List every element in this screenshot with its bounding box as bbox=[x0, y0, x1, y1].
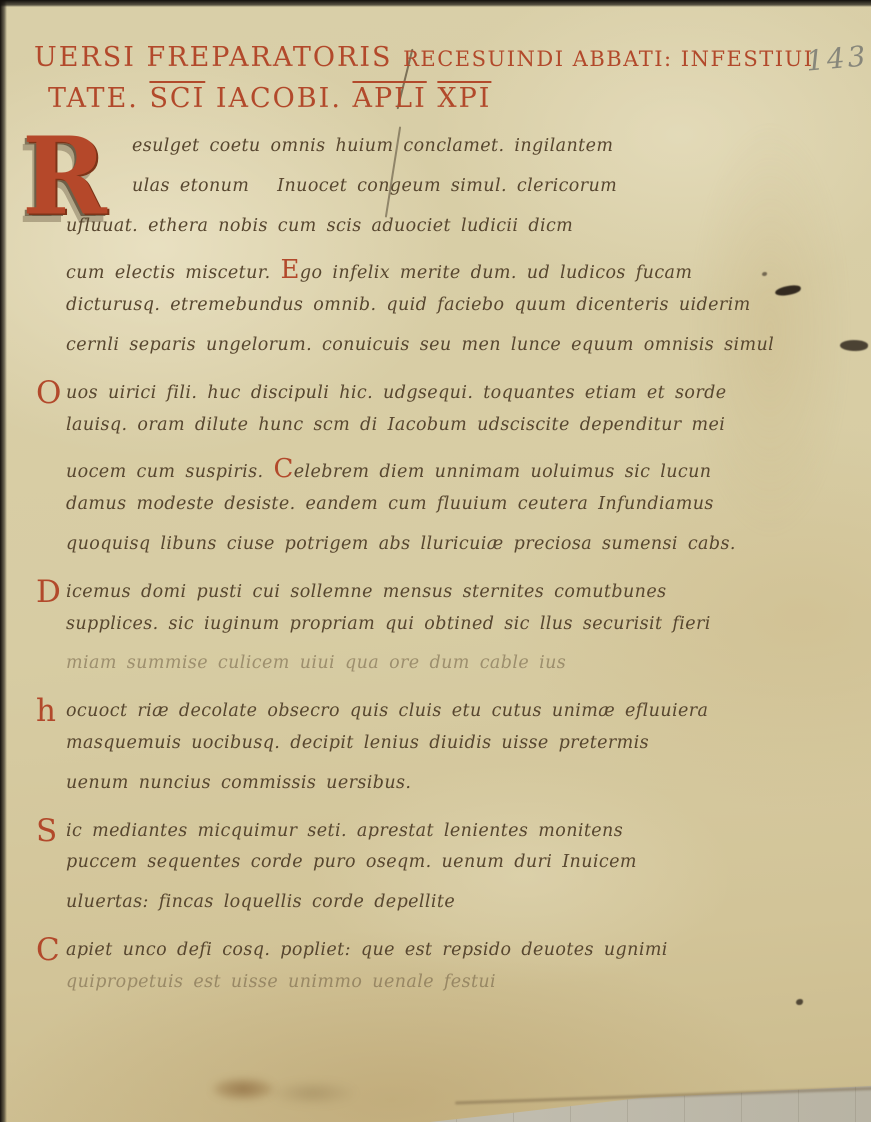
manuscript-line: lauisq. oram dilute hunc scm di Iacobum … bbox=[36, 415, 866, 455]
manuscript-text: apiet unco defi cosq. popliet: que est r… bbox=[66, 940, 668, 960]
manuscript-text: uos uirici fili. huc discipuli hic. udgs… bbox=[66, 383, 727, 403]
manuscript-line: dicturusq. etremebundus omnib. quid faci… bbox=[36, 295, 866, 335]
manuscript-text: quipropetuis est uisse unimmo uenale fes… bbox=[66, 972, 496, 992]
manuscript-text: icemus domi pusti cui sollemne mensus st… bbox=[66, 582, 666, 602]
manuscript-text: quoquisq libuns ciuse potrigem abs lluri… bbox=[66, 534, 736, 554]
rubric-line: TATE. SCI IACOBI. APLI XPI bbox=[34, 83, 814, 130]
manuscript-text: dicturusq. etremebundus omnib. quid faci… bbox=[66, 295, 751, 315]
rubric-text bbox=[427, 83, 438, 114]
manuscript-text: ulas etonum Inuocet congeum simul. cleri… bbox=[132, 176, 617, 196]
manuscript-text: uenum nuncius commissis uersibus. bbox=[66, 773, 411, 793]
manuscript-text: ocuoct riæ decolate obsecro quis cluis e… bbox=[66, 701, 708, 721]
rubric-text: INFESTIUI bbox=[681, 47, 814, 71]
manuscript-text: damus modeste desiste. eandem cum fluuiu… bbox=[66, 494, 714, 514]
manuscript-line: miam summise culicem uiui qua ore dum ca… bbox=[36, 653, 866, 693]
manuscript-text: esulget coetu omnis huium conclamet. ing… bbox=[132, 136, 613, 156]
manuscript-page: 143 UERSI FREPARATORIS RECESUINDI ABBATI… bbox=[0, 0, 871, 1122]
manuscript-line: ulas etonum Inuocet congeum simul. cleri… bbox=[36, 176, 866, 216]
rubric-text: XPI bbox=[437, 83, 491, 114]
manuscript-line: Dicemus domi pusti cui sollemne mensus s… bbox=[36, 574, 866, 614]
manuscript-text: miam summise culicem uiui qua ore dum ca… bbox=[66, 653, 566, 673]
red-initial-letter: h bbox=[36, 693, 66, 729]
rubric-text: UERSI FREPARATORIS bbox=[34, 42, 403, 73]
manuscript-line: ufluuat. ethera nobis cum scis aduociet … bbox=[36, 216, 866, 256]
red-initial-letter: C bbox=[36, 932, 66, 968]
manuscript-text: supplices. sic iuginum propriam qui obti… bbox=[66, 614, 711, 634]
brown-stain bbox=[212, 1078, 274, 1100]
manuscript-text: puccem sequentes corde puro oseqm. uenum… bbox=[66, 852, 637, 872]
red-initial-letter: O bbox=[36, 375, 66, 411]
rubric-line: UERSI FREPARATORIS RECESUINDI ABBATI: IN… bbox=[34, 42, 814, 89]
manuscript-line: quoquisq libuns ciuse potrigem abs lluri… bbox=[36, 534, 866, 574]
rubric-text: APLI bbox=[352, 83, 426, 114]
rubric-text: TATE. bbox=[48, 83, 149, 114]
manuscript-text: cum electis miscetur. bbox=[66, 263, 281, 283]
manuscript-line: hocuoct riæ decolate obsecro quis cluis … bbox=[36, 693, 866, 733]
manuscript-text: ic mediantes micquimur seti. aprestat le… bbox=[66, 821, 623, 841]
manuscript-line: cum electis miscetur. Ego infelix merite… bbox=[36, 255, 866, 295]
red-initial-letter: C bbox=[273, 454, 293, 484]
manuscript-text: go infelix merite dum. ud ludicos fucam bbox=[300, 263, 692, 283]
red-initial-letter: E bbox=[281, 255, 300, 285]
manuscript-line: uenum nuncius commissis uersibus. bbox=[36, 773, 866, 813]
text-block: esulget coetu omnis huium conclamet. ing… bbox=[36, 136, 866, 1012]
rubric-text: RECESUINDI ABBATI: bbox=[403, 47, 681, 71]
manuscript-line: damus modeste desiste. eandem cum fluuiu… bbox=[36, 494, 866, 534]
left-edge bbox=[0, 0, 7, 1122]
red-initial-letter: S bbox=[36, 813, 66, 849]
manuscript-line: Ouos uirici fili. huc discipuli hic. udg… bbox=[36, 375, 866, 415]
rubric-text: IACOBI. bbox=[205, 83, 352, 114]
manuscript-line: puccem sequentes corde puro oseqm. uenum… bbox=[36, 852, 866, 892]
manuscript-line: uluertas: fincas loquellis corde depelli… bbox=[36, 892, 866, 932]
rubric: UERSI FREPARATORIS RECESUINDI ABBATI: IN… bbox=[34, 42, 814, 130]
manuscript-text: elebrem diem unnimam uoluimus sic lucun bbox=[294, 462, 712, 482]
manuscript-text: uocem cum suspiris. bbox=[66, 462, 273, 482]
manuscript-line: quipropetuis est uisse unimmo uenale fes… bbox=[36, 972, 866, 1012]
manuscript-text: cernli separis ungelorum. conuicuis seu … bbox=[66, 335, 774, 355]
manuscript-line: esulget coetu omnis huium conclamet. ing… bbox=[36, 136, 866, 176]
manuscript-line: Sic mediantes micquimur seti. aprestat l… bbox=[36, 813, 866, 853]
manuscript-line: Capiet unco defi cosq. popliet: que est … bbox=[36, 932, 866, 972]
manuscript-text: uluertas: fincas loquellis corde depelli… bbox=[66, 892, 455, 912]
manuscript-line: masquemuis uocibusq. decipit lenius diui… bbox=[36, 733, 866, 773]
top-edge bbox=[0, 0, 871, 7]
manuscript-text: masquemuis uocibusq. decipit lenius diui… bbox=[66, 733, 649, 753]
manuscript-line: uocem cum suspiris. Celebrem diem unnima… bbox=[36, 454, 866, 494]
red-initial-letter: D bbox=[36, 574, 66, 610]
rubric-text: SCI bbox=[149, 83, 205, 114]
manuscript-text: lauisq. oram dilute hunc scm di Iacobum … bbox=[66, 415, 725, 435]
manuscript-line: supplices. sic iuginum propriam qui obti… bbox=[36, 614, 866, 654]
manuscript-text: ufluuat. ethera nobis cum scis aduociet … bbox=[66, 216, 573, 236]
stain-smudge bbox=[268, 1080, 358, 1106]
folio-number: 143 bbox=[805, 39, 870, 77]
manuscript-line: cernli separis ungelorum. conuicuis seu … bbox=[36, 335, 866, 375]
